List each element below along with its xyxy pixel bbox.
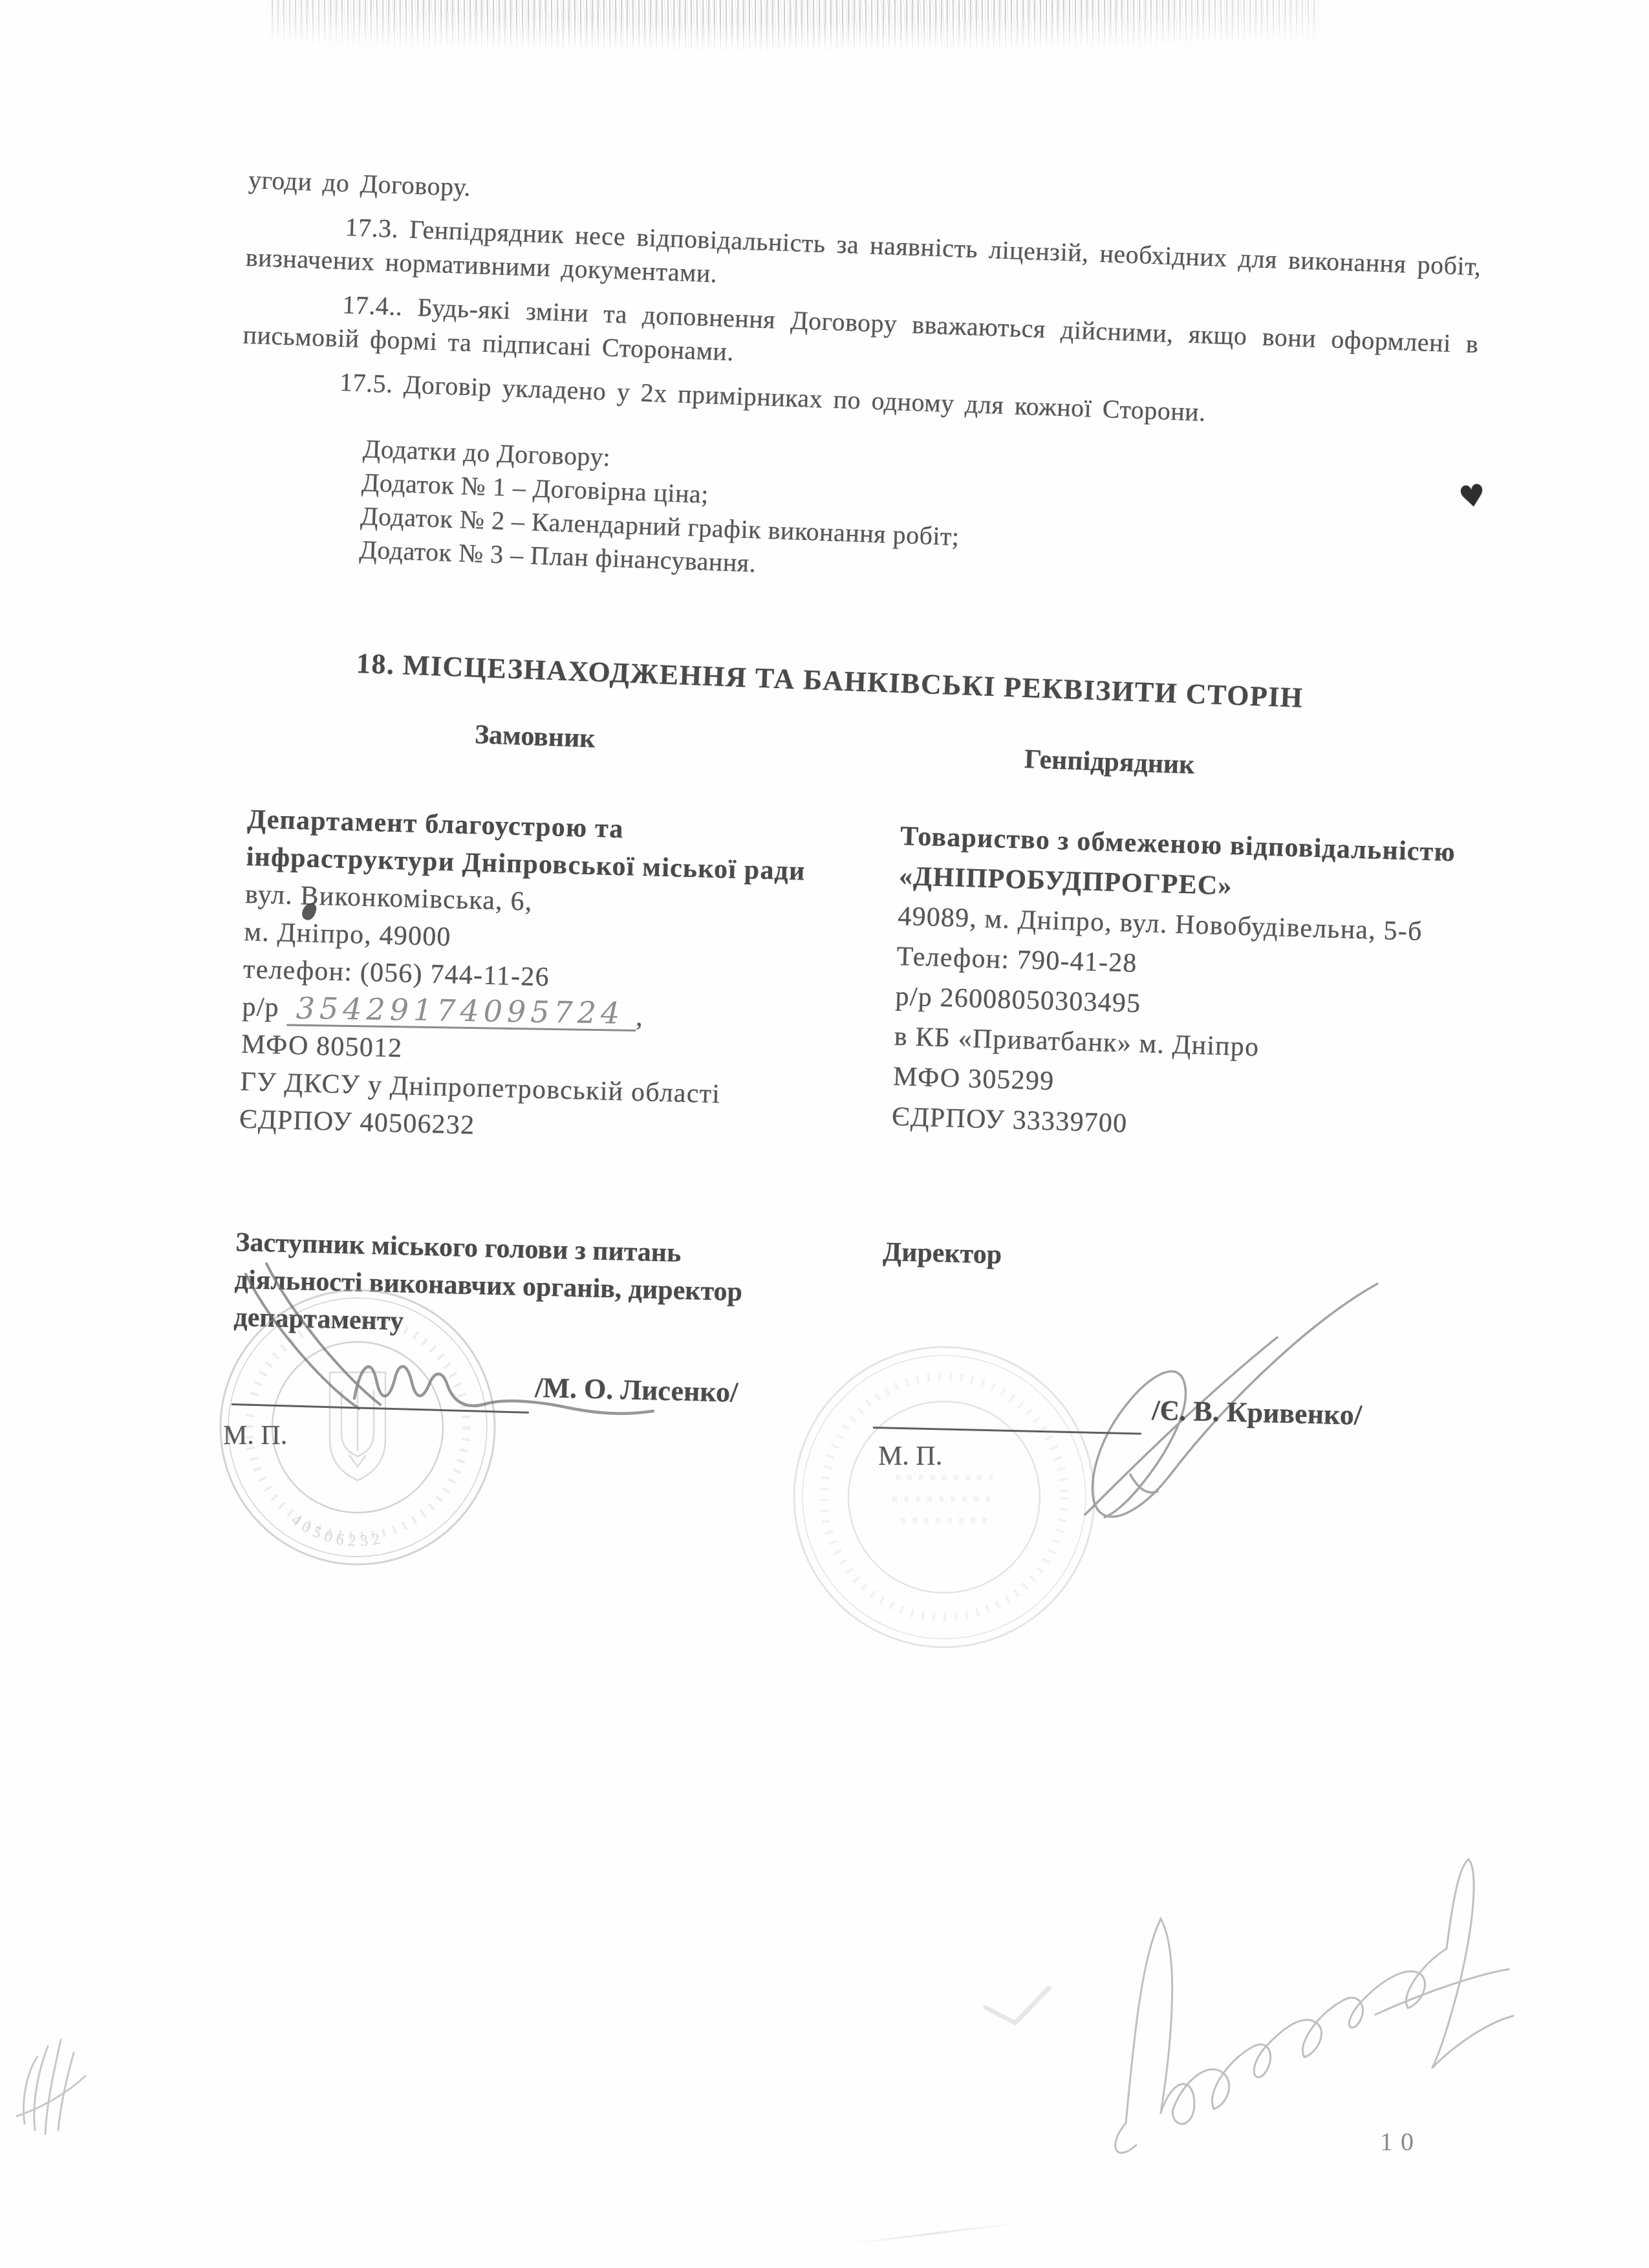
bottom-left-scribble [5,2019,99,2152]
contractor-seal-place-label: М. П. [878,1441,942,1472]
contractor-signatory-name: /Є. В. Кривенко/ [1152,1394,1363,1432]
section-18-heading: 18. МІСЦЕЗНАХОДЖЕННЯ ТА БАНКІВСЬКІ РЕКВІ… [356,647,1456,720]
page-number: 10 [1380,2126,1421,2157]
scanned-contract-page: угоди до Договору. 17.3. Генпідрядник не… [0,0,1649,2268]
customer-details: Департамент благоустрою та інфраструктур… [239,801,894,1155]
account-label: р/р [242,992,279,1022]
scan-noise-band [272,0,1319,61]
party-role-contractor: Генпідрядник [1024,744,1195,781]
check-smudge [978,1980,1055,2035]
contractor-details: Товариство з обмеженою відповідальністю … [891,816,1560,1156]
heart-ink-blot: ♥ [1456,477,1487,515]
scan-streak [841,2221,1028,2245]
party-role-customer: Замовник [474,719,596,754]
account-suffix: , [636,1002,644,1032]
customer-signature-stroke [226,1248,679,1455]
attachments-list: Додатки до Договору: Додаток № 1 – Догов… [359,432,962,587]
bottom-right-signature-stroke [1096,1840,1510,2202]
customer-signatory-name: /М. О. Лисенко/ [535,1371,738,1409]
handwritten-account-number: 35429174095724 [286,992,636,1031]
customer-seal-place-label: М. П. [223,1420,287,1451]
contract-clauses: угоди до Договору. 17.3. Генпідрядник не… [241,163,1483,449]
